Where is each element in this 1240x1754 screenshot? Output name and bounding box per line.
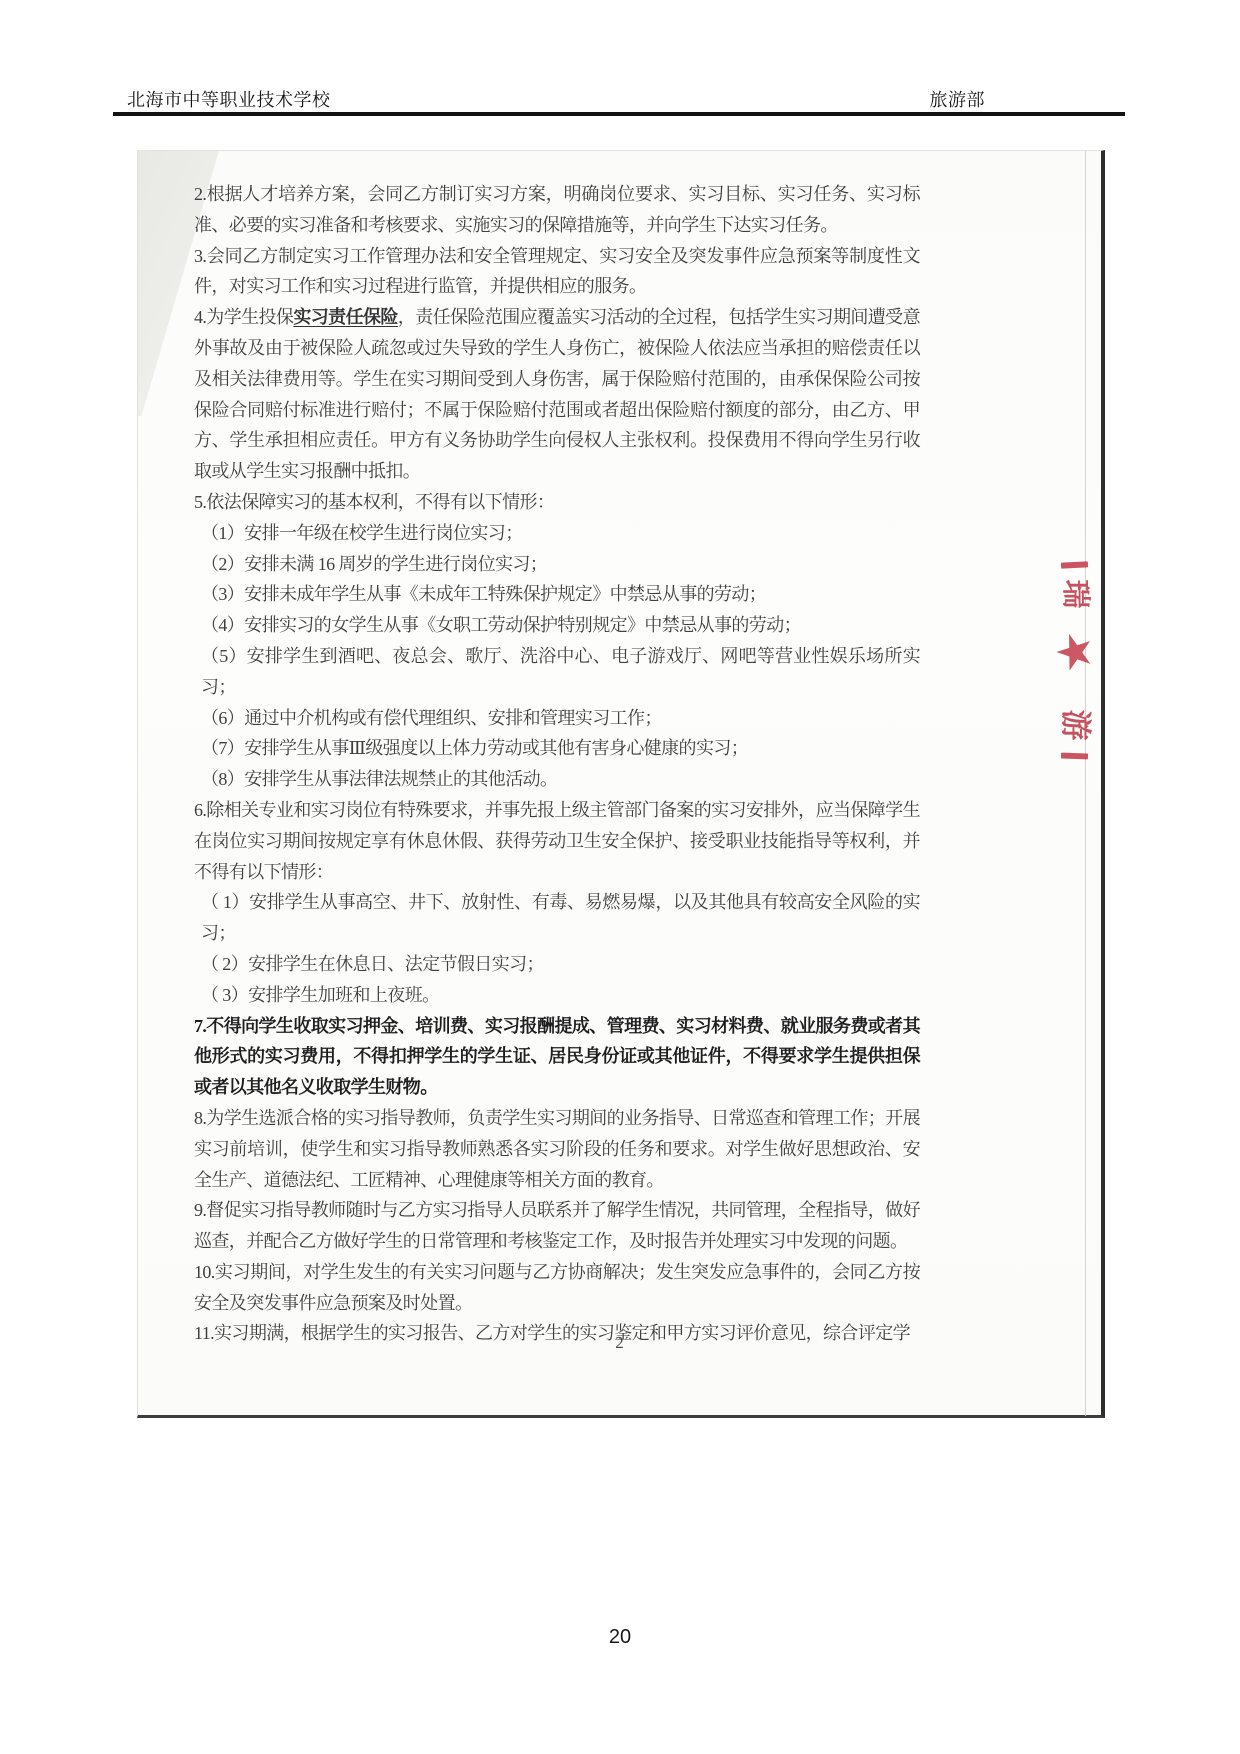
clause-5-item-1: （1）安排一年级在校学生进行岗位实习； bbox=[194, 518, 920, 549]
page-number: 20 bbox=[0, 1626, 1240, 1649]
scan-paper-edge-line bbox=[1085, 151, 1086, 1416]
clause-9: 9.督促实习指导教师随时与乙方实习指导人员联系并了解学生情况，共同管理，全程指导… bbox=[194, 1195, 920, 1257]
stamp-top-bracket bbox=[1061, 561, 1088, 568]
clause-5-item-8: （8）安排学生从事法律法规禁止的其他活动。 bbox=[194, 764, 920, 795]
clause-8: 8.为学生选派合格的实习指导教师，负责学生实习期间的业务指导、日常巡查和管理工作… bbox=[194, 1103, 920, 1195]
clause-6-item-1: （ 1）安排学生从事高空、井下、放射性、有毒、易燃易爆，以及其他具有较高安全风险… bbox=[194, 887, 920, 949]
clause-4-insurance-term: 实习责任保险 bbox=[293, 307, 397, 327]
header-department: 旅游部 bbox=[930, 86, 986, 112]
contract-text: 2.根据人才培养方案，会同乙方制订实习方案，明确岗位要求、实习目标、实习任务、实… bbox=[194, 179, 920, 1349]
clause-5-item-2: （2）安排未满 16 周岁的学生进行岗位实习； bbox=[194, 549, 920, 580]
document-page: 北海市中等职业技术学校 旅游部 2.根据人才培养方案，会同乙方制订实习方案，明确… bbox=[0, 0, 1240, 1754]
stamp-star-icon: ★ bbox=[1044, 617, 1106, 687]
clause-5-item-6: （6）通过中介机构或有偿代理组织、安排和管理实习工作； bbox=[194, 703, 920, 734]
clause-5: 5.依法保障实习的基本权利，不得有以下情形： bbox=[194, 487, 920, 518]
header-school-name: 北海市中等职业技术学校 bbox=[127, 86, 331, 112]
clause-5-item-4: （4）安排实习的女学生从事《女职工劳动保护特别规定》中禁忌从事的劳动； bbox=[194, 610, 920, 641]
stamp-char-bottom: 游 bbox=[1058, 708, 1092, 742]
clause-6-item-3: （ 3）安排学生加班和上夜班。 bbox=[194, 980, 920, 1011]
red-stamp: 瑞 ★ 游 bbox=[1058, 562, 1092, 764]
clause-10: 10.实习期间，对学生发生的有关实习问题与乙方协商解决；发生突发应急事件的，会同… bbox=[194, 1257, 920, 1319]
scan-page-number: 2 bbox=[138, 1333, 1101, 1353]
clause-4-rest: ，责任保险范围应覆盖实习活动的全过程，包括学生实习期间遭受意外事故及由于被保险人… bbox=[194, 307, 920, 481]
clause-4: 4.为学生投保实习责任保险，责任保险范围应覆盖实习活动的全过程，包括学生实习期间… bbox=[194, 302, 920, 487]
header-rule bbox=[113, 112, 1125, 116]
clause-5-item-5: （5）安排学生到酒吧、夜总会、歌厅、洗浴中心、电子游戏厅、网吧等营业性娱乐场所实… bbox=[194, 641, 920, 703]
stamp-char-top: 瑞 bbox=[1058, 577, 1092, 611]
clause-7: 7.不得向学生收取实习押金、培训费、实习报酬提成、管理费、实习材料费、就业服务费… bbox=[194, 1011, 920, 1103]
clause-4-prefix: 4.为学生投保 bbox=[194, 307, 293, 327]
scanned-document: 2.根据人才培养方案，会同乙方制订实习方案，明确岗位要求、实习目标、实习任务、实… bbox=[137, 150, 1105, 1418]
clause-6: 6.除相关专业和实习岗位有特殊要求，并事先报上级主管部门备案的实习安排外，应当保… bbox=[194, 795, 920, 887]
clause-2: 2.根据人才培养方案，会同乙方制订实习方案，明确岗位要求、实习目标、实习任务、实… bbox=[194, 179, 920, 241]
clause-5-item-7: （7）安排学生从事Ⅲ级强度以上体力劳动或其他有害身心健康的实习； bbox=[194, 733, 920, 764]
clause-6-item-2: （ 2）安排学生在休息日、法定节假日实习； bbox=[194, 949, 920, 980]
clause-3: 3.会同乙方制定实习工作管理办法和安全管理规定、实习安全及突发事件应急预案等制度… bbox=[194, 241, 920, 303]
clause-5-item-3: （3）安排未成年学生从事《未成年工特殊保护规定》中禁忌从事的劳动； bbox=[194, 579, 920, 610]
stamp-bottom-bracket bbox=[1061, 753, 1088, 760]
